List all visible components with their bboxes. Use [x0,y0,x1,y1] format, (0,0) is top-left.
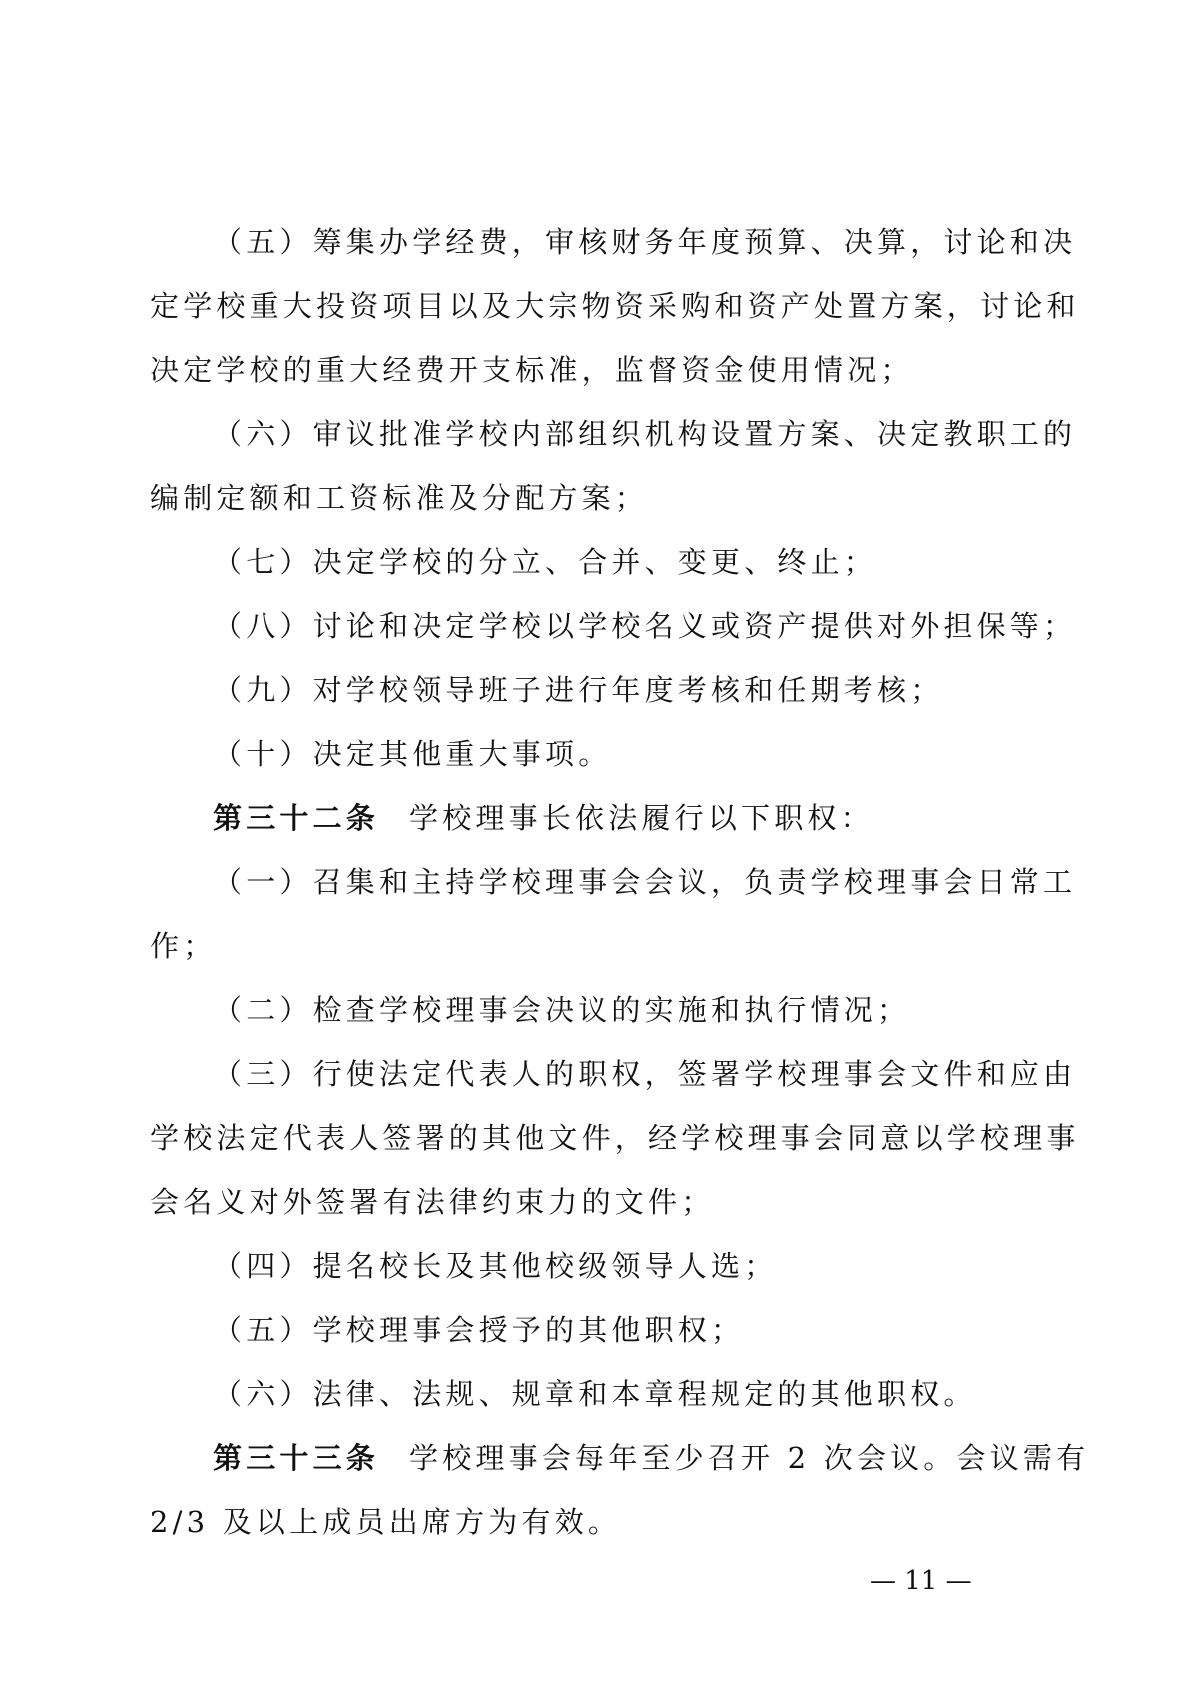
paragraph-line: （八）讨论和决定学校以学校名义或资产提供对外担保等； [213,606,1113,646]
article-body: 学校理事长依法履行以下职权： [409,801,874,835]
paragraph-line: 编制定额和工资标准及分配方案； [150,478,1050,518]
article-33: 第三十三条学校理事会每年至少召开 2 次会议。会议需有 [213,1438,1113,1478]
page-number: — 11 — [870,1566,972,1596]
document-page: （五）筹集办学经费，审核财务年度预算、决算，讨论和决 定学校重大投资项目以及大宗… [0,0,1191,1684]
article-body: 学校理事会每年至少召开 2 次会议。会议需有 [409,1441,1089,1475]
paragraph-line: 2/3 及以上成员出席方为有效。 [150,1502,1050,1542]
paragraph-line: 作； [150,926,1050,966]
paragraph-line: （七）决定学校的分立、合并、变更、终止； [213,542,1113,582]
paragraph-line: （六）审议批准学校内部组织机构设置方案、决定教职工的 [213,414,1113,454]
paragraph-line: 决定学校的重大经费开支标准，监督资金使用情况； [150,350,1050,390]
paragraph-line: （四）提名校长及其他校级领导人选； [213,1246,1113,1286]
paragraph-line: （一）召集和主持学校理事会会议，负责学校理事会日常工 [213,862,1113,902]
paragraph-line: （九）对学校领导班子进行年度考核和任期考核； [213,670,1113,710]
paragraph-line: 会名义对外签署有法律约束力的文件； [150,1182,1050,1222]
article-title: 第三十三条 [213,1441,379,1475]
paragraph-line: （十）决定其他重大事项。 [213,734,1113,774]
article-title: 第三十二条 [213,801,379,835]
paragraph-line: 学校法定代表人签署的其他文件，经学校理事会同意以学校理事 [150,1118,1050,1158]
article-32: 第三十二条学校理事长依法履行以下职权： [213,798,1113,838]
paragraph-line: （五）学校理事会授予的其他职权； [213,1310,1113,1350]
paragraph-line: （六）法律、法规、规章和本章程规定的其他职权。 [213,1374,1113,1414]
paragraph-line: （五）筹集办学经费，审核财务年度预算、决算，讨论和决 [213,222,1113,262]
paragraph-line: （二）检查学校理事会决议的实施和执行情况； [213,990,1113,1030]
paragraph-line: （三）行使法定代表人的职权，签署学校理事会文件和应由 [213,1054,1113,1094]
paragraph-line: 定学校重大投资项目以及大宗物资采购和资产处置方案，讨论和 [150,286,1050,326]
